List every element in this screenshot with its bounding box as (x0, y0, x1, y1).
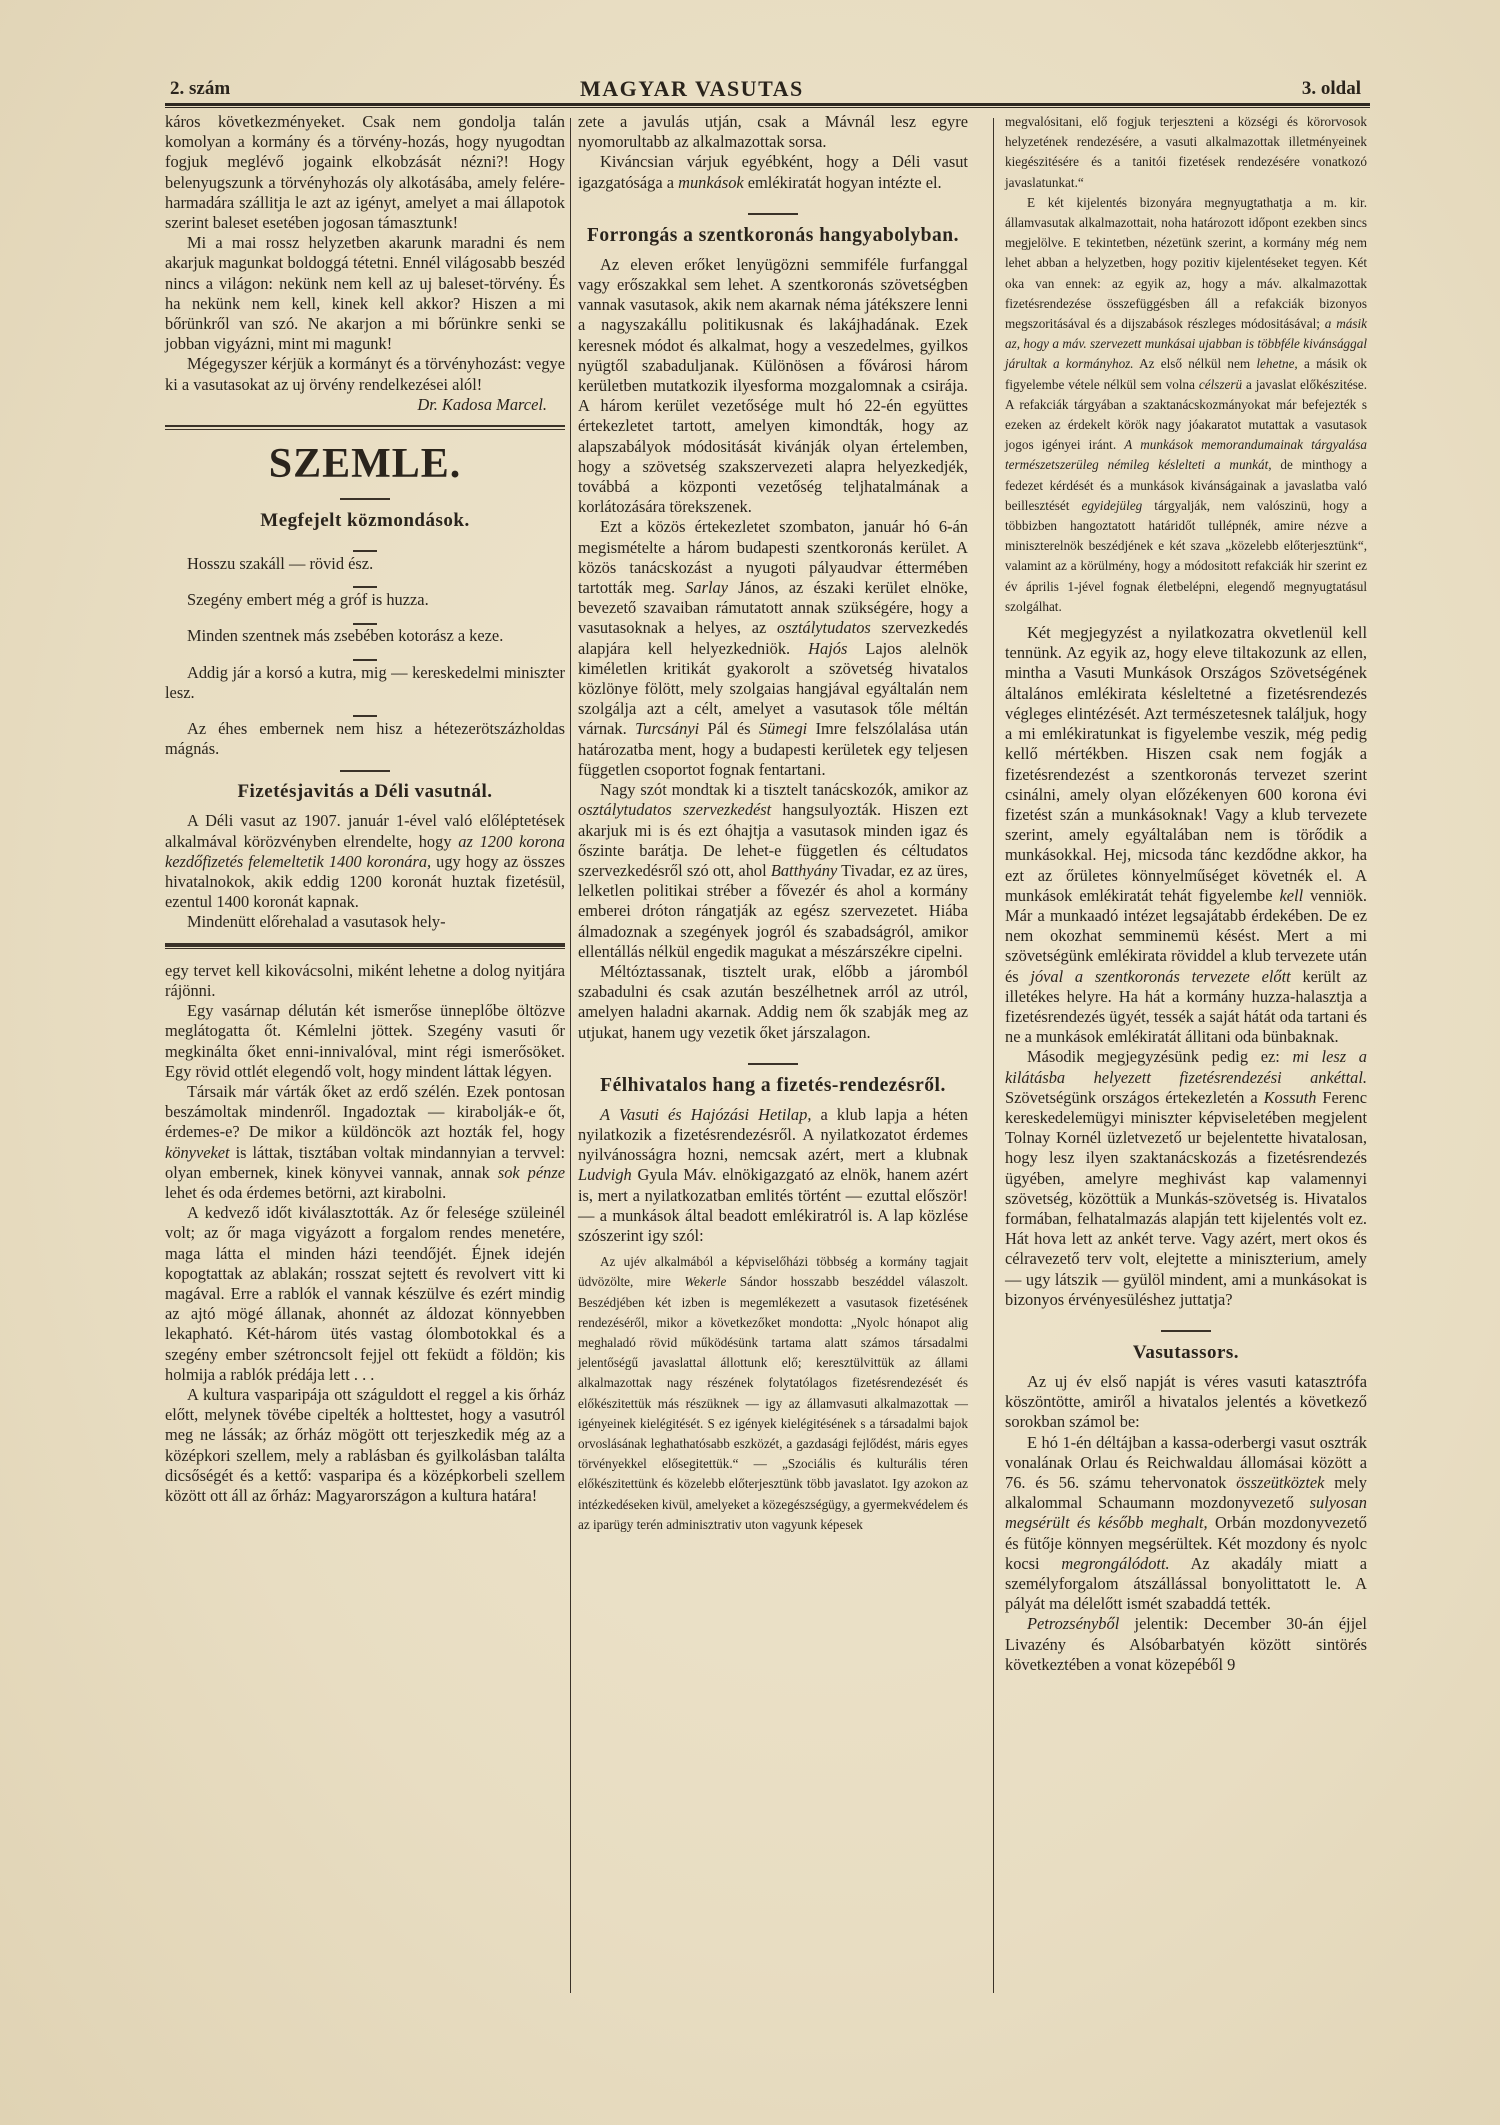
section-title: SZEMLE. (165, 440, 565, 488)
short-rule (165, 759, 565, 775)
felhivatalos-continuation: megvalósitani, elő fogjuk terjeszteni a … (1005, 112, 1367, 1310)
page-number: 3. oldal (1302, 78, 1361, 100)
paragraph: Ezt a közös értekezletet szombaton, janu… (578, 517, 968, 780)
paragraph: egy tervet kell kikovácsolni, miként leh… (165, 961, 565, 1001)
proverb: Minden szentnek más zsebében kotorász a … (165, 626, 565, 646)
paragraph: E két kijelentés bizonyára megnyugtathat… (1005, 193, 1367, 617)
paragraph: Nagy szót mondtak ki a tisztelt tanácsko… (578, 780, 968, 962)
paragraph: Az uj év első napját is véres vasuti kat… (1005, 1372, 1367, 1433)
paragraph: A Déli vasut az 1907. január 1-ével való… (165, 811, 565, 912)
paragraph: Kiváncsian várjuk egyébként, hogy a Déli… (578, 152, 968, 192)
dash-separator (165, 705, 565, 717)
proverb: Addig jár a korsó a kutra, mig — kereske… (165, 663, 565, 703)
short-rule (1005, 1320, 1367, 1336)
paragraph: Egy vasárnap délután két ismerőse ünnepl… (165, 1001, 565, 1082)
paragraph: Méltóztassanak, tisztelt urak, előbb a j… (578, 962, 968, 1043)
felhivatalos-article: Félhivatalos hang a fizetés-rendezésről.… (578, 1075, 968, 1535)
newspaper-page: 2. szám MAGYAR VASUTAS 3. oldal káros kö… (0, 0, 1500, 2125)
author-signature: Dr. Kadosa Marcel. (165, 395, 565, 415)
paragraph: E hó 1-én déltájban a kassa-oderbergi va… (1005, 1433, 1367, 1615)
section-divider (165, 943, 565, 949)
paragraph: Mégegyszer kérjük a kormányt és a törvén… (165, 354, 565, 394)
article-title: Fizetésjavitás a Déli vasutnál. (165, 781, 565, 803)
paragraph: Két megjegyzést a nyilatkozatra okvetlen… (1005, 623, 1367, 1047)
right-column: megvalósitani, elő fogjuk terjeszteni a … (1005, 112, 1367, 1675)
intro-continuation: zete a javulás utján, csak a Mávnál lesz… (578, 112, 968, 193)
article-title: Vasutassors. (1005, 1342, 1367, 1364)
dash-separator (165, 649, 565, 661)
section-divider (165, 425, 565, 430)
masthead-title: MAGYAR VASUTAS (580, 76, 804, 102)
short-rule (578, 203, 968, 219)
column-divider (993, 118, 994, 1993)
paragraph: káros következményeket. Csak nem gondolj… (165, 112, 565, 233)
paragraph: Petrozsényből jelentik: December 30-án é… (1005, 1614, 1367, 1675)
dash-separator (165, 540, 565, 552)
article-title: Félhivatalos hang a fizetés-rendezésről. (578, 1075, 968, 1097)
forrongas-article: Forrongás a szentkoronás hangyabolyban. … (578, 225, 968, 1043)
article-title: Forrongás a szentkoronás hangyabolyban. (578, 225, 968, 247)
short-rule (165, 488, 565, 504)
proverb: Az éhes embernek nem hisz a hétezerötszá… (165, 719, 565, 759)
paragraph: Második megjegyzésünk pedig ez: mi lesz … (1005, 1047, 1367, 1310)
szemle-section: SZEMLE. Megfejelt közmondások. Hosszu sz… (165, 440, 565, 775)
issue-number: 2. szám (170, 78, 230, 100)
header-rule (165, 103, 1370, 108)
column-divider (570, 118, 571, 1993)
paragraph: Mi a mai rossz helyzetben akarunk maradn… (165, 233, 565, 354)
page-header: 2. szám MAGYAR VASUTAS 3. oldal (170, 78, 1365, 104)
paragraph: zete a javulás utján, csak a Mávnál lesz… (578, 112, 968, 152)
paragraph: A kedvező időt kiválasztották. Az őr fel… (165, 1203, 565, 1385)
middle-column: zete a javulás utján, csak a Mávnál lesz… (578, 112, 968, 1535)
deli-vasut-article: Fizetésjavitás a Déli vasutnál. A Déli v… (165, 781, 565, 932)
left-column: káros következményeket. Csak nem gondolj… (165, 112, 565, 1506)
proverb: Hosszu szakáll — rövid ész. (165, 554, 565, 574)
paragraph: Mindenütt előrehalad a vasutasok hely- (165, 912, 565, 932)
proverb: Szegény embert még a gróf is huzza. (165, 590, 565, 610)
dash-separator (165, 612, 565, 624)
quoted-paragraph: megvalósitani, elő fogjuk terjeszteni a … (1005, 112, 1367, 193)
paragraph: Az eleven erőket lenyügözni semmiféle fu… (578, 255, 968, 518)
paragraph: A kultura vasparipája ott száguldott el … (165, 1385, 565, 1506)
dash-separator (165, 576, 565, 588)
kadosa-article: káros következményeket. Csak nem gondolj… (165, 112, 565, 415)
vasutassors-article: Vasutassors. Az uj év első napját is vér… (1005, 1342, 1367, 1675)
paragraph: A Vasuti és Hajózási Hetilap, a klub lap… (578, 1105, 968, 1246)
quoted-paragraph: Az ujév alkalmából a képviselőházi többs… (578, 1252, 968, 1535)
story-continuation: egy tervet kell kikovácsolni, miként leh… (165, 961, 565, 1506)
paragraph: Társaik már várták őket az erdő szélén. … (165, 1082, 565, 1203)
article-title: Megfejelt közmondások. (165, 510, 565, 532)
short-rule (578, 1053, 968, 1069)
